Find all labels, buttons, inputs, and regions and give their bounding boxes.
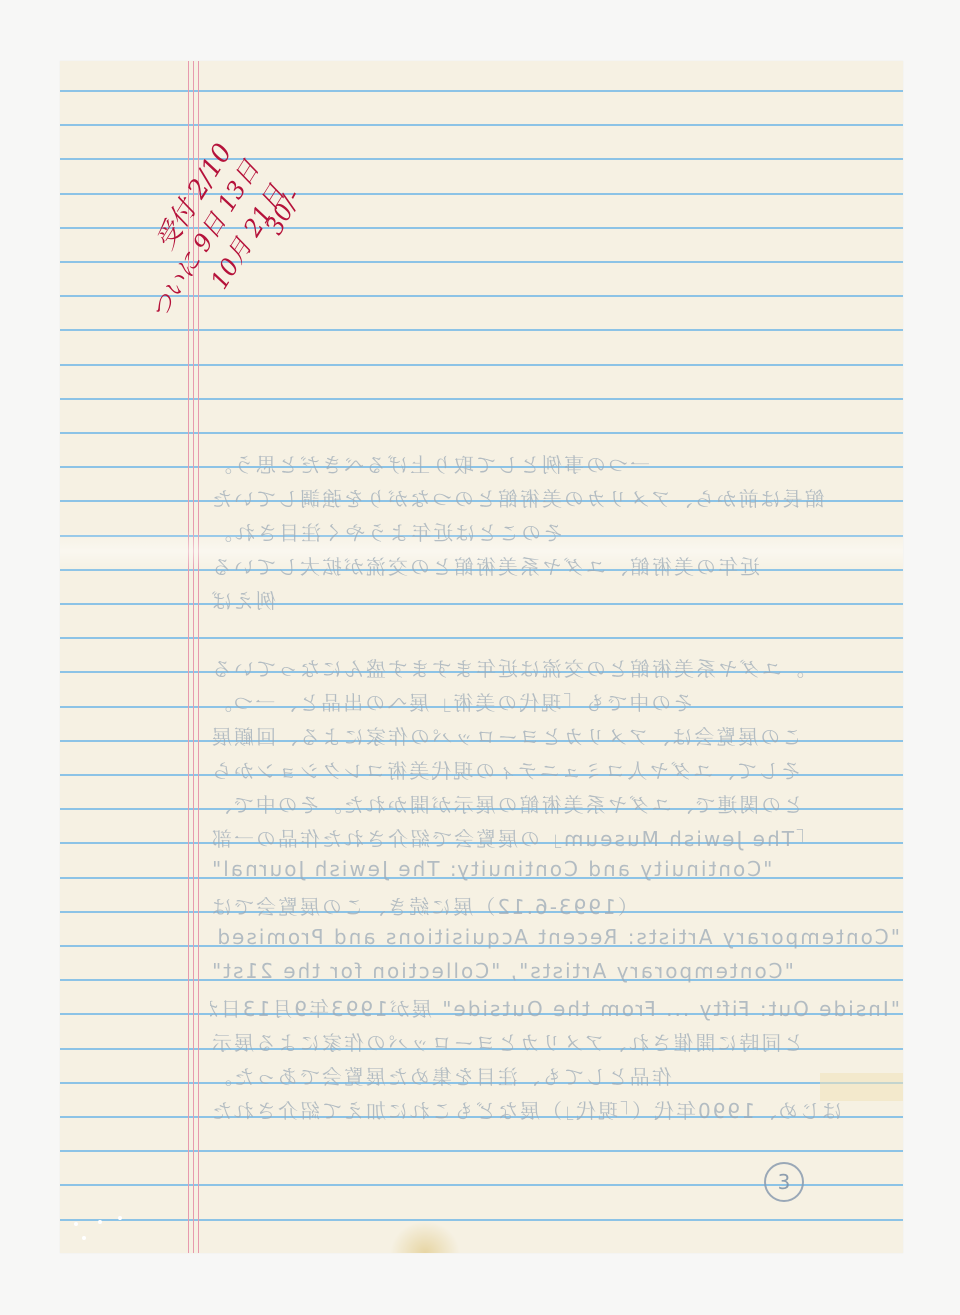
stain-mark (390, 1221, 460, 1253)
show-through-line: 一つの事例として取り上げるべきだと思う。 (210, 449, 900, 478)
pinholes (70, 1216, 140, 1253)
show-through-line: そして、ユダヤ人コミュニティの現代美術コレクションから (210, 755, 900, 784)
show-through-line: その中でも「現代の美術」展への出品と、一つ。 (210, 687, 900, 716)
show-through-line: （1993-6.12）展に続き、この展覧会では (210, 891, 900, 920)
show-through-line: 館長は前から、アメリカの美術館とのつながりを強調していた (210, 483, 900, 512)
show-through-line: と同時に開催され、アメリカとヨーロッパの作家による展示 (210, 1027, 900, 1056)
show-through-line: "Contemporary Artists: Recent Acquisitio… (210, 925, 900, 949)
ruled-line (60, 124, 903, 126)
show-through-line: "Continuity and Continuity: The Jewish J… (210, 857, 900, 881)
ruled-line (60, 364, 903, 366)
ruled-line (60, 398, 903, 400)
show-through-line: 。ユダヤ系美術館との交流は近年ますます盛んになっている (210, 653, 900, 682)
ruled-line (60, 432, 903, 434)
show-through-line: はじめ、1990年代（「現代」）展などもこれに加えて紹介された (210, 1095, 900, 1124)
show-through-line: "Contemporary Artists", "Collection for … (210, 959, 900, 983)
show-through-line: そのことは近年ようやく注目され。 (210, 517, 900, 546)
show-through-line: 「The Jewish Museum」の展覧会で紹介された作品の一部 (210, 823, 900, 852)
ruled-line (60, 90, 903, 92)
circled-page-number: 3 (764, 1162, 804, 1202)
show-through-line: "Inside Out: Fifty ... From the Outside"… (210, 993, 900, 1022)
ruled-line (60, 1219, 903, 1221)
lined-paper-sheet: 受付 2/10 ついに 9日 13日 10月 21日 30/- 一つの事例として… (60, 61, 903, 1253)
ruled-line (60, 329, 903, 331)
ruled-line (60, 1150, 903, 1152)
show-through-line: との関連で、ユダヤ系美術館の展示が開かれた。その中で、 (210, 789, 900, 818)
show-through-line: 作品としても、注目を集めた展覧会であった。 (210, 1061, 900, 1090)
ruled-line (60, 637, 903, 639)
show-through-line: 例えば (210, 585, 900, 614)
show-through-line: 近年の美術館、ユダヤ系美術館との交流が拡大している (210, 551, 900, 580)
show-through-line: この展覧会は、アメリカとヨーロッパの作家による、回顧展 (210, 721, 900, 750)
ruled-line (60, 158, 903, 160)
